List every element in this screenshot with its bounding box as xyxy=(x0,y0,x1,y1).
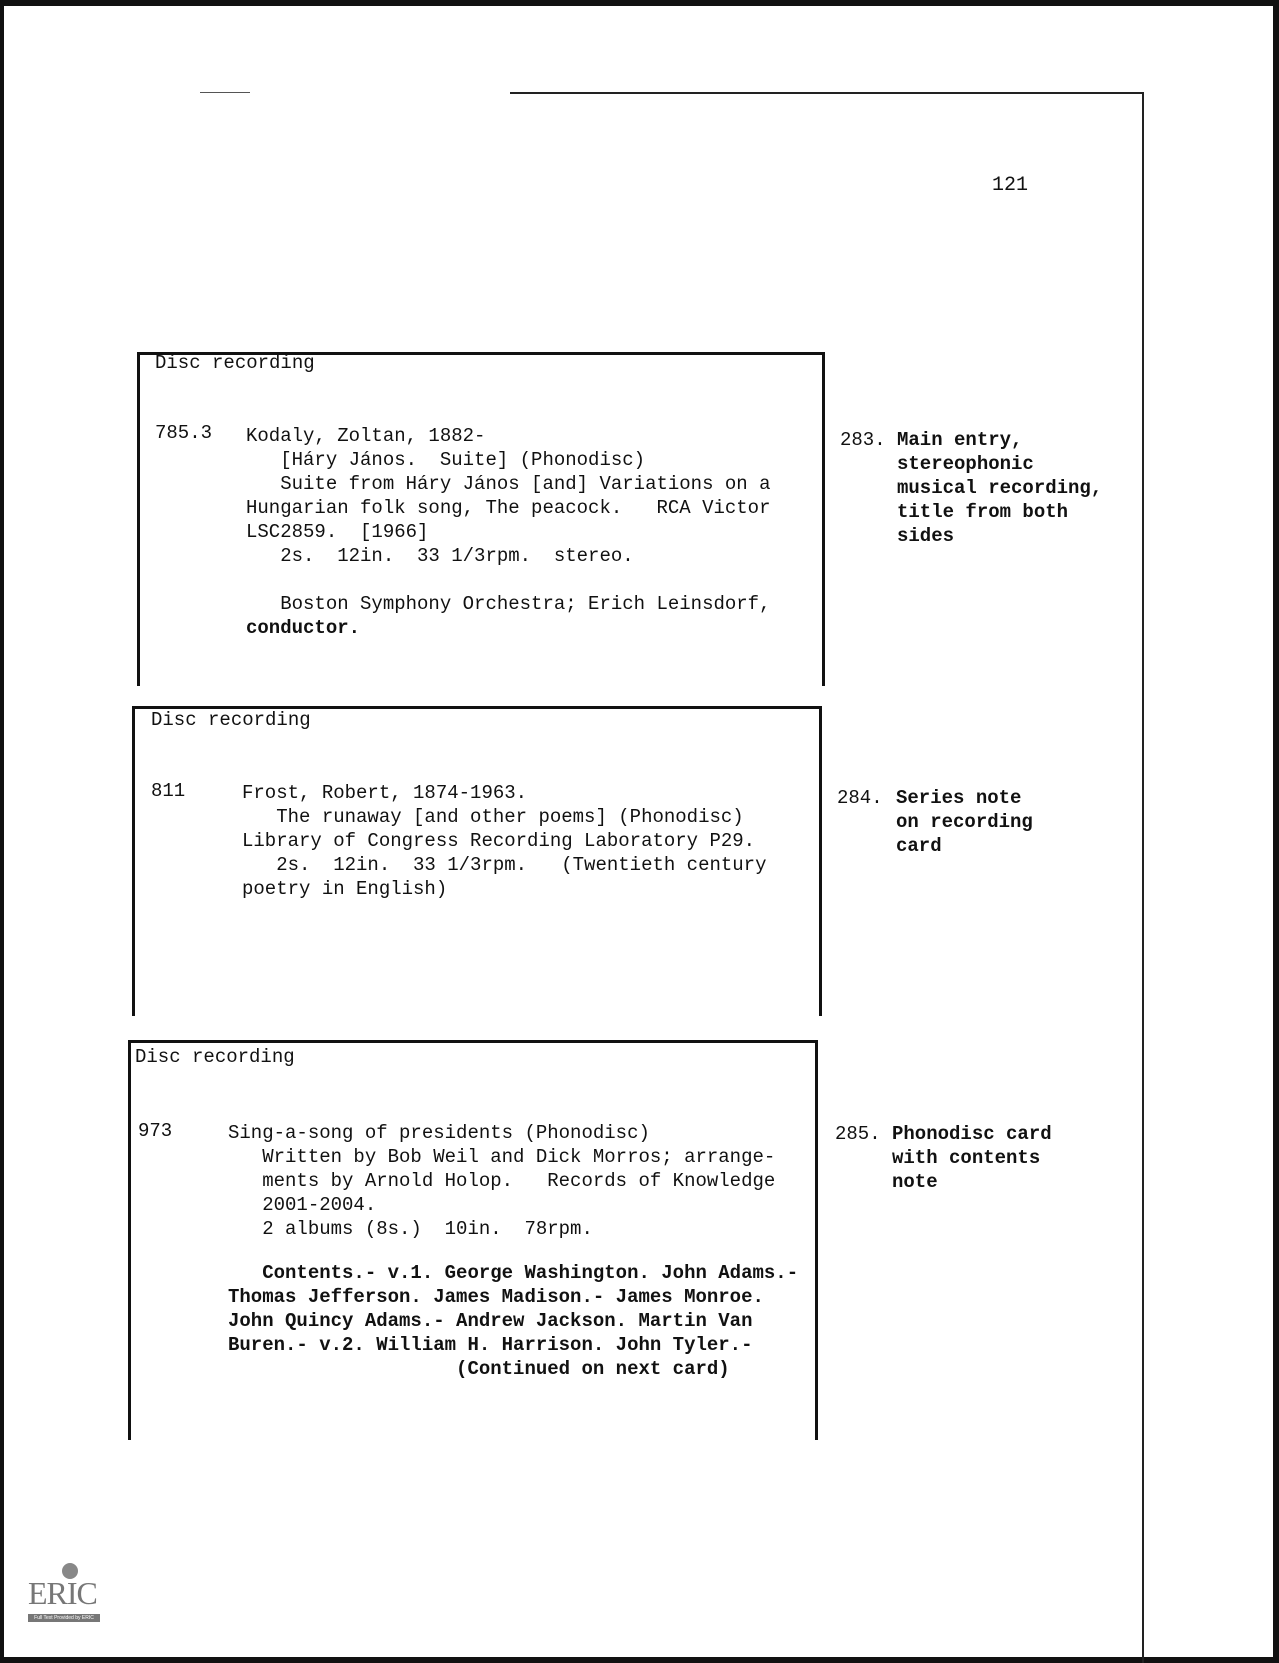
note-text: Main entry, stereophonic musical recordi… xyxy=(897,428,1102,548)
entry-line: The runaway [and other poems] (Phonodisc… xyxy=(242,806,744,828)
card-header: Disc recording xyxy=(155,352,315,374)
globe-icon xyxy=(62,1563,78,1579)
entry-line: Contents.- v.1. George Washington. John … xyxy=(228,1262,798,1284)
entry-line: ments by Arnold Holop. Records of Knowle… xyxy=(228,1170,775,1192)
note-number: 284. xyxy=(837,786,883,810)
note-number: 283. xyxy=(840,428,886,452)
page-frame-top xyxy=(510,92,1142,94)
catalog-card-3 xyxy=(128,1040,818,1440)
catalog-card-1 xyxy=(137,352,825,686)
call-number: 973 xyxy=(138,1120,172,1142)
entry-line: Buren.- v.2. William H. Harrison. John T… xyxy=(228,1334,753,1356)
call-number: 785.3 xyxy=(155,422,212,444)
card-header: Disc recording xyxy=(135,1046,295,1068)
entry-line: Kodaly, Zoltan, 1882- xyxy=(246,425,485,447)
entry-line: Thomas Jefferson. James Madison.- James … xyxy=(228,1286,764,1308)
entry-line: Hungarian folk song, The peacock. RCA Vi… xyxy=(246,497,771,519)
entry-line: Boston Symphony Orchestra; Erich Leinsdo… xyxy=(246,593,771,615)
entry-line: 2s. 12in. 33 1/3rpm. (Twentieth century xyxy=(242,854,767,876)
entry-line: Suite from Háry János [and] Variations o… xyxy=(246,473,771,495)
entry-line: 2 albums (8s.) 10in. 78rpm. xyxy=(228,1218,593,1240)
note-number: 285. xyxy=(835,1122,881,1146)
eric-logo: ERIC Full Text Provided by ERIC xyxy=(28,1575,103,1637)
entry-line: Frost, Robert, 1874-1963. xyxy=(242,782,527,804)
page-number: 121 xyxy=(992,174,1028,197)
note-text: Series note on recording card xyxy=(896,786,1033,858)
eric-logo-text: ERIC xyxy=(28,1575,103,1612)
scan-border-left xyxy=(0,0,4,1663)
entry-line: (Continued on next card) xyxy=(228,1358,730,1380)
card-header: Disc recording xyxy=(151,709,311,731)
scan-border-top xyxy=(0,0,1279,6)
scan-border-bottom xyxy=(0,1657,1279,1663)
entry-line: 2s. 12in. 33 1/3rpm. stereo. xyxy=(246,545,634,567)
entry-line: poetry in English) xyxy=(242,878,447,900)
entry-line: Written by Bob Weil and Dick Morros; arr… xyxy=(228,1146,775,1168)
page-frame-top-fragment xyxy=(200,92,250,93)
entry-line: John Quincy Adams.- Andrew Jackson. Mart… xyxy=(228,1310,753,1332)
entry-line: Library of Congress Recording Laboratory… xyxy=(242,830,755,852)
entry-line: LSC2859. [1966] xyxy=(246,521,428,543)
entry-line: 2001-2004. xyxy=(228,1194,376,1216)
eric-logo-tagline: Full Text Provided by ERIC xyxy=(28,1614,100,1622)
page-frame-right xyxy=(1142,92,1144,1663)
scan-border-right xyxy=(1273,0,1279,1663)
entry-line: Sing-a-song of presidents (Phonodisc) xyxy=(228,1122,650,1144)
note-text: Phonodisc card with contents note xyxy=(892,1122,1052,1194)
entry-line: [Háry János. Suite] (Phonodisc) xyxy=(246,449,645,471)
entry-line: conductor. xyxy=(246,617,360,639)
call-number: 811 xyxy=(151,780,185,802)
